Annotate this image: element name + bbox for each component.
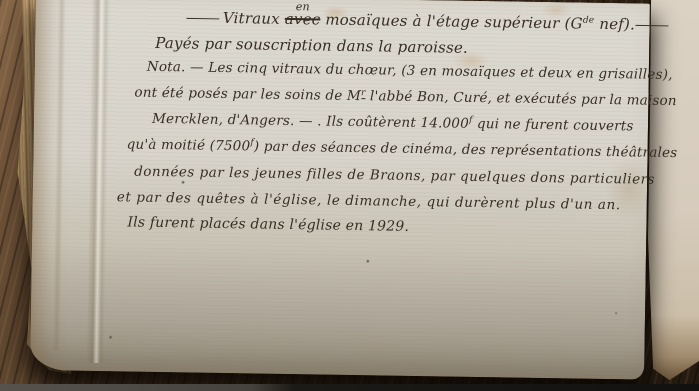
line4-pre-text: ont été posés par les soins de M: [134, 85, 361, 105]
heading-pre-text: Vitraux: [223, 9, 285, 28]
table-front-edge: [0, 384, 699, 391]
facing-page-edge: [648, 0, 699, 384]
manuscript-line-2: Payés par souscription dans la paroisse.: [155, 34, 468, 57]
line4-post-text: l'abbé Bon, Curé, et exécutés par la mai…: [365, 88, 677, 109]
manuscript-line-5: Mercklen, d'Angers. — . Ils coûtèrent 14…: [152, 111, 634, 135]
heading-right-dash: —: [634, 15, 671, 34]
manuscript-line-7: données par les jeunes filles de Braons,…: [134, 164, 655, 188]
heading-mid-text: mosaïques à l'étage supérieur (G: [320, 10, 583, 32]
manuscript-page: —Vitraux enavec mosaïques à l'étage supé…: [30, 0, 650, 380]
manuscript-line-6: qu'à moitié (7500f) par des séances de c…: [127, 136, 678, 161]
inserted-word: en: [296, 1, 310, 12]
heading-post-text: nef).: [594, 15, 635, 34]
heading-superscript: de: [583, 16, 595, 26]
manuscript-line-9: Ils furent placés dans l'église en 1929.: [127, 214, 409, 234]
heading-left-dash: —: [185, 8, 222, 27]
line6-post-text: ) par des séances de cinéma, des représe…: [254, 138, 678, 161]
line5-pre-text: Mercklen, d'Angers. — . Ils coûtèrent 14…: [152, 111, 469, 132]
manuscript-photo: —Vitraux enavec mosaïques à l'étage supé…: [0, 0, 699, 391]
manuscript-line-heading: —Vitraux enavec mosaïques à l'étage supé…: [186, 8, 661, 33]
line5-post-text: qui ne furent couverts: [472, 116, 633, 135]
heading-correction: enavec: [285, 10, 321, 29]
handwritten-text-block: —Vitraux enavec mosaïques à l'étage supé…: [30, 0, 650, 380]
manuscript-line-8: et par des quêtes à l'église, le dimanch…: [117, 189, 621, 213]
manuscript-line-3: Nota. — Les cinq vitraux du chœur, (3 en…: [147, 59, 673, 83]
manuscript-line-4: ont été posés par les soins de Mr l'abbé…: [134, 85, 677, 110]
line6-pre-text: qu'à moitié (7500: [127, 136, 251, 154]
